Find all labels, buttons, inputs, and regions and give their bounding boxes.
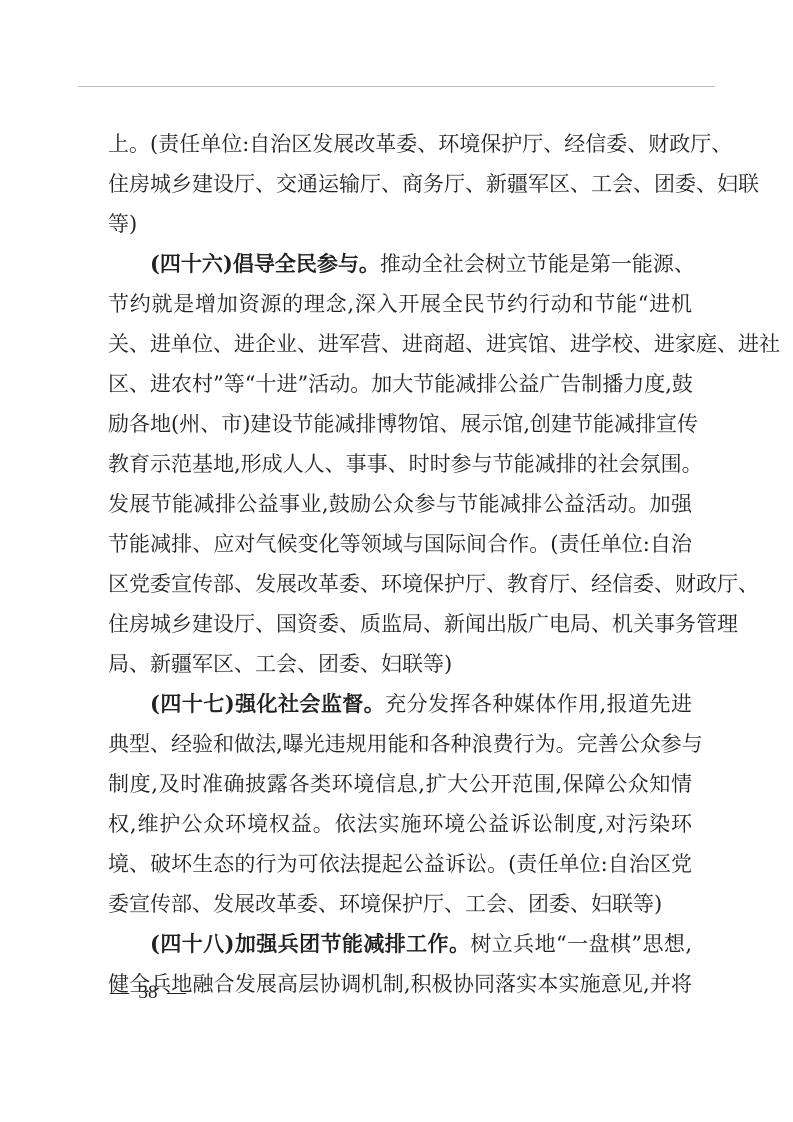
section-heading: (四十六)倡导全民参与。 [150, 251, 380, 276]
text-line: 境、破坏生态的行为可依法提起公益诉讼。(责任单位:自治区党 [108, 844, 692, 884]
text-line: 典型、经验和做法,曝光违规用能和各种浪费行为。完善公众参与 [108, 724, 692, 764]
section-text: 充分发挥各种媒体作用,报道先进 [385, 692, 692, 716]
section-46-first-line: (四十六)倡导全民参与。推动全社会树立节能是第一能源、 [108, 244, 692, 284]
section-text: 推动全社会树立节能是第一能源、 [380, 252, 695, 276]
section-48-first-line: (四十八)加强兵团节能减排工作。树立兵地“一盘棋”思想, [108, 924, 692, 964]
text-line: 住房城乡建设厅、国资委、质监局、新闻出版广电局、机关事务管理 [108, 604, 692, 644]
text-line: 关、进单位、进企业、进军营、进商超、进宾馆、进学校、进家庭、进社 [108, 324, 692, 364]
document-body: 上。(责任单位:自治区发展改革委、环境保护厅、经信委、财政厅、 住房城乡建设厅、… [108, 124, 692, 1004]
section-heading: (四十七)强化社会监督。 [150, 691, 385, 716]
text-line: 节能减排、应对气候变化等领域与国际间合作。(责任单位:自治 [108, 524, 692, 564]
text-line: 权,维护公众环境权益。依法实施环境公益诉讼制度,对污染环 [108, 804, 692, 844]
text-line: 节约就是增加资源的理念,深入开展全民节约行动和节能“进机 [108, 284, 692, 324]
page-number: — 38 — [110, 982, 186, 1004]
text-line: 上。(责任单位:自治区发展改革委、环境保护厅、经信委、财政厅、 [108, 124, 692, 164]
text-line: 住房城乡建设厅、交通运输厅、商务厅、新疆军区、工会、团委、妇联 [108, 164, 692, 204]
text-line: 局、新疆军区、工会、团委、妇联等) [108, 644, 692, 684]
text-line: 委宣传部、发展改革委、环境保护厅、工会、团委、妇联等) [108, 884, 692, 924]
header-rule [78, 86, 715, 87]
text-line: 健全兵地融合发展高层协调机制,积极协同落实本实施意见,并将 [108, 964, 692, 1004]
section-text: 树立兵地“一盘棋”思想, [470, 932, 692, 956]
text-line: 等) [108, 204, 692, 244]
text-line: 区党委宣传部、发展改革委、环境保护厅、教育厅、经信委、财政厅、 [108, 564, 692, 604]
text-line: 励各地(州、市)建设节能减排博物馆、展示馆,创建节能减排宣传 [108, 404, 692, 444]
text-line: 发展节能减排公益事业,鼓励公众参与节能减排公益活动。加强 [108, 484, 692, 524]
text-line: 制度,及时准确披露各类环境信息,扩大公开范围,保障公众知情 [108, 764, 692, 804]
section-47-first-line: (四十七)强化社会监督。充分发挥各种媒体作用,报道先进 [108, 684, 692, 724]
text-line: 教育示范基地,形成人人、事事、时时参与节能减排的社会氛围。 [108, 444, 692, 484]
text-line: 区、进农村”等“十进”活动。加大节能减排公益广告制播力度,鼓 [108, 364, 692, 404]
section-heading: (四十八)加强兵团节能减排工作。 [150, 931, 470, 956]
